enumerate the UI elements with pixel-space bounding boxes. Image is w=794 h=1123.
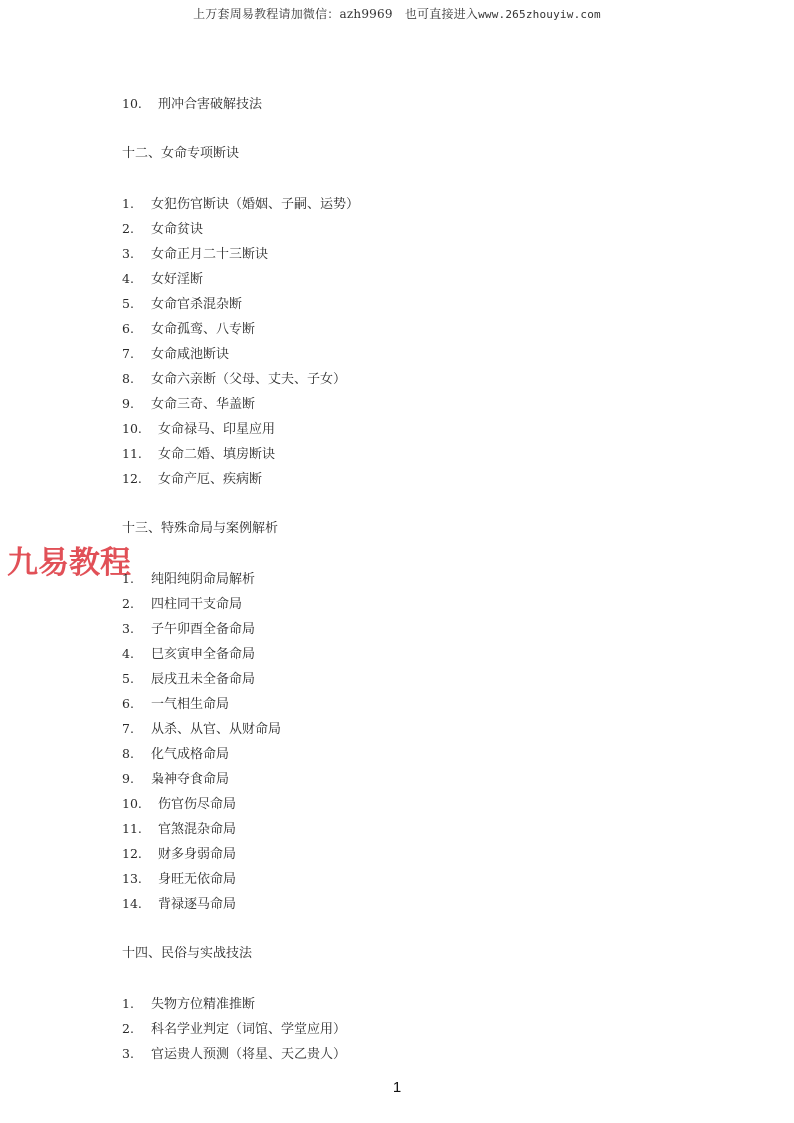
list-item: 7.女命咸池断诀 xyxy=(122,346,229,363)
list-item: 4.女好淫断 xyxy=(122,271,203,288)
item-text: 女好淫断 xyxy=(151,272,203,287)
item-text: 刑冲合害破解技法 xyxy=(158,97,262,112)
item-text: 子午卯酉全备命局 xyxy=(151,622,255,637)
list-item: 1.失物方位精准推断 xyxy=(122,996,255,1013)
item-number: 3. xyxy=(122,246,151,262)
list-item: 6.一气相生命局 xyxy=(122,696,229,713)
item-text: 女命三奇、华盖断 xyxy=(151,397,255,412)
list-item: 4.巳亥寅申全备命局 xyxy=(122,646,255,663)
item-text: 女犯伤官断诀（婚姻、子嗣、运势） xyxy=(151,197,359,212)
item-number: 9. xyxy=(122,771,151,787)
list-item: 2.女命贫诀 xyxy=(122,221,203,238)
item-number: 10. xyxy=(122,421,158,437)
item-number: 10. xyxy=(122,796,158,812)
document-page: 上万套周易教程请加微信：azh9969 也可直接进入www.265zhouyiw… xyxy=(0,0,794,1123)
item-text: 四柱同干支命局 xyxy=(151,597,242,612)
item-text: 女命六亲断（父母、丈夫、子女） xyxy=(151,372,346,387)
item-text: 女命产厄、疾病断 xyxy=(158,472,262,487)
item-number: 10. xyxy=(122,96,158,112)
item-text: 科名学业判定（词馆、学堂应用） xyxy=(151,1022,346,1037)
item-number: 2. xyxy=(122,596,151,612)
item-number: 12. xyxy=(122,846,158,862)
list-item: 9.女命三奇、华盖断 xyxy=(122,396,255,413)
item-number: 8. xyxy=(122,371,151,387)
header-note-url: www.265zhouyiw.com xyxy=(478,8,601,21)
item-number: 2. xyxy=(122,1021,151,1037)
watermark-logo: 九易教程 xyxy=(7,545,131,581)
item-text: 身旺无依命局 xyxy=(158,872,236,887)
list-item: 11.官煞混杂命局 xyxy=(122,821,236,838)
list-item: 12.女命产厄、疾病断 xyxy=(122,471,262,488)
item-text: 女命咸池断诀 xyxy=(151,347,229,362)
list-item: 10.女命禄马、印星应用 xyxy=(122,421,275,438)
item-text: 辰戌丑未全备命局 xyxy=(151,672,255,687)
list-item: 12.财多身弱命局 xyxy=(122,846,236,863)
item-number: 11. xyxy=(122,446,158,462)
list-item: 2.科名学业判定（词馆、学堂应用） xyxy=(122,1021,346,1038)
item-number: 13. xyxy=(122,871,158,887)
item-text: 化气成格命局 xyxy=(151,747,229,762)
list-item: 3.子午卯酉全备命局 xyxy=(122,621,255,638)
item-text: 女命孤鸾、八专断 xyxy=(151,322,255,337)
section-heading: 十二、女命专项断诀 xyxy=(122,146,239,162)
item-number: 1. xyxy=(122,571,151,587)
header-note-text: 上万套周易教程请加微信：azh9969 也可直接进入 xyxy=(193,7,478,21)
item-number: 6. xyxy=(122,321,151,337)
item-text: 背禄逐马命局 xyxy=(158,897,236,912)
list-item: 10.伤官伤尽命局 xyxy=(122,796,236,813)
item-text: 女命贫诀 xyxy=(151,222,203,237)
list-item: 7.从杀、从官、从财命局 xyxy=(122,721,281,738)
item-number: 4. xyxy=(122,271,151,287)
item-number: 7. xyxy=(122,721,151,737)
list-item: 10.刑冲合害破解技法 xyxy=(122,96,262,113)
list-item: 8.女命六亲断（父母、丈夫、子女） xyxy=(122,371,346,388)
list-item: 6.女命孤鸾、八专断 xyxy=(122,321,255,338)
item-number: 12. xyxy=(122,471,158,487)
list-item: 11.女命二婚、填房断诀 xyxy=(122,446,275,463)
item-text: 女命官杀混杂断 xyxy=(151,297,242,312)
list-item: 5.辰戌丑未全备命局 xyxy=(122,671,255,688)
item-number: 1. xyxy=(122,196,151,212)
item-number: 3. xyxy=(122,1046,151,1062)
item-number: 7. xyxy=(122,346,151,362)
list-item: 3.女命正月二十三断诀 xyxy=(122,246,268,263)
section-heading: 十四、民俗与实战技法 xyxy=(122,946,252,962)
item-number: 4. xyxy=(122,646,151,662)
item-number: 5. xyxy=(122,671,151,687)
list-item: 13.身旺无依命局 xyxy=(122,871,236,888)
item-text: 失物方位精准推断 xyxy=(151,997,255,1012)
list-item: 14.背禄逐马命局 xyxy=(122,896,236,913)
list-item: 8.化气成格命局 xyxy=(122,746,229,763)
item-text: 一气相生命局 xyxy=(151,697,229,712)
item-text: 巳亥寅申全备命局 xyxy=(151,647,255,662)
item-number: 8. xyxy=(122,746,151,762)
item-text: 纯阳纯阴命局解析 xyxy=(151,572,255,587)
item-text: 官运贵人预测（将星、天乙贵人） xyxy=(151,1047,346,1062)
item-text: 官煞混杂命局 xyxy=(158,822,236,837)
item-text: 女命正月二十三断诀 xyxy=(151,247,268,262)
list-item: 2.四柱同干支命局 xyxy=(122,596,242,613)
item-number: 5. xyxy=(122,296,151,312)
item-number: 14. xyxy=(122,896,158,912)
item-number: 2. xyxy=(122,221,151,237)
item-number: 9. xyxy=(122,396,151,412)
item-number: 6. xyxy=(122,696,151,712)
list-item: 9.枭神夺食命局 xyxy=(122,771,229,788)
item-number: 1. xyxy=(122,996,151,1012)
item-text: 从杀、从官、从财命局 xyxy=(151,722,281,737)
list-item: 1.女犯伤官断诀（婚姻、子嗣、运势） xyxy=(122,196,359,213)
item-number: 11. xyxy=(122,821,158,837)
item-text: 财多身弱命局 xyxy=(158,847,236,862)
page-number: 1 xyxy=(0,1079,794,1096)
header-note: 上万套周易教程请加微信：azh9969 也可直接进入www.265zhouyiw… xyxy=(0,5,794,22)
list-item: 5.女命官杀混杂断 xyxy=(122,296,242,313)
item-text: 女命二婚、填房断诀 xyxy=(158,447,275,462)
item-text: 枭神夺食命局 xyxy=(151,772,229,787)
item-text: 伤官伤尽命局 xyxy=(158,797,236,812)
item-number: 3. xyxy=(122,621,151,637)
section-heading: 十三、特殊命局与案例解析 xyxy=(122,521,278,537)
list-item: 1.纯阳纯阴命局解析 xyxy=(122,571,255,588)
item-text: 女命禄马、印星应用 xyxy=(158,422,275,437)
list-item: 3.官运贵人预测（将星、天乙贵人） xyxy=(122,1046,346,1063)
